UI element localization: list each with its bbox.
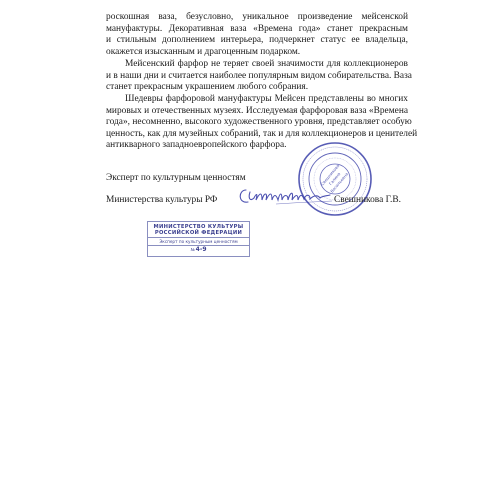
paragraph-1: роскошная ваза, безусловно, уникальное п…	[106, 12, 408, 58]
expert-title-line-2: Министерства культуры РФ	[106, 195, 217, 205]
stamp-line-expert: Эксперт по культурным ценностям	[148, 237, 249, 246]
text-line: роскошная ваза, безусловно, уникальное п…	[106, 12, 408, 24]
text-line: ценность, как для музейных собраний, так…	[106, 129, 408, 141]
text-line: и в наши дни и считается наиболее популя…	[106, 71, 408, 83]
paragraph-2: Мейсенский фарфор не теряет своей значим…	[106, 59, 408, 94]
stamp-number: №4-9	[148, 246, 249, 254]
handwritten-signature-icon	[236, 184, 336, 208]
document-page: роскошная ваза, безусловно, уникальное п…	[0, 0, 500, 500]
number-prefix: №	[190, 247, 194, 252]
text-line: Мейсенский фарфор не теряет своей значим…	[106, 59, 408, 71]
expert-name: Свешникова Г.В.	[334, 195, 401, 205]
expert-title-line-1: Эксперт по культурным ценностям	[106, 173, 246, 183]
text-line: Шедевры фарфоровой мануфактуры Мейсен пр…	[106, 94, 408, 106]
ministry-rect-stamp: МИНИСТЕРСТВО КУЛЬТУРЫ РОССИЙСКОЙ ФЕДЕРАЦ…	[147, 221, 250, 257]
text-line: станет прекрасным украшением любого собр…	[106, 82, 408, 94]
text-line: мировых и отечественных музеях. Исследуе…	[106, 106, 408, 118]
text-line: года», несомненно, высокого художественн…	[106, 117, 408, 129]
number-value: 4-9	[196, 246, 207, 253]
text-line: мануфактуры. Декоративная ваза «Времена …	[106, 24, 408, 36]
text-line: окажется изысканным и драгоценным подарк…	[106, 47, 408, 59]
text-line: и стильным дополнением интерьера, подчер…	[106, 35, 408, 47]
stamp-line-federation: РОССИЙСКОЙ ФЕДЕРАЦИИ	[148, 230, 249, 236]
